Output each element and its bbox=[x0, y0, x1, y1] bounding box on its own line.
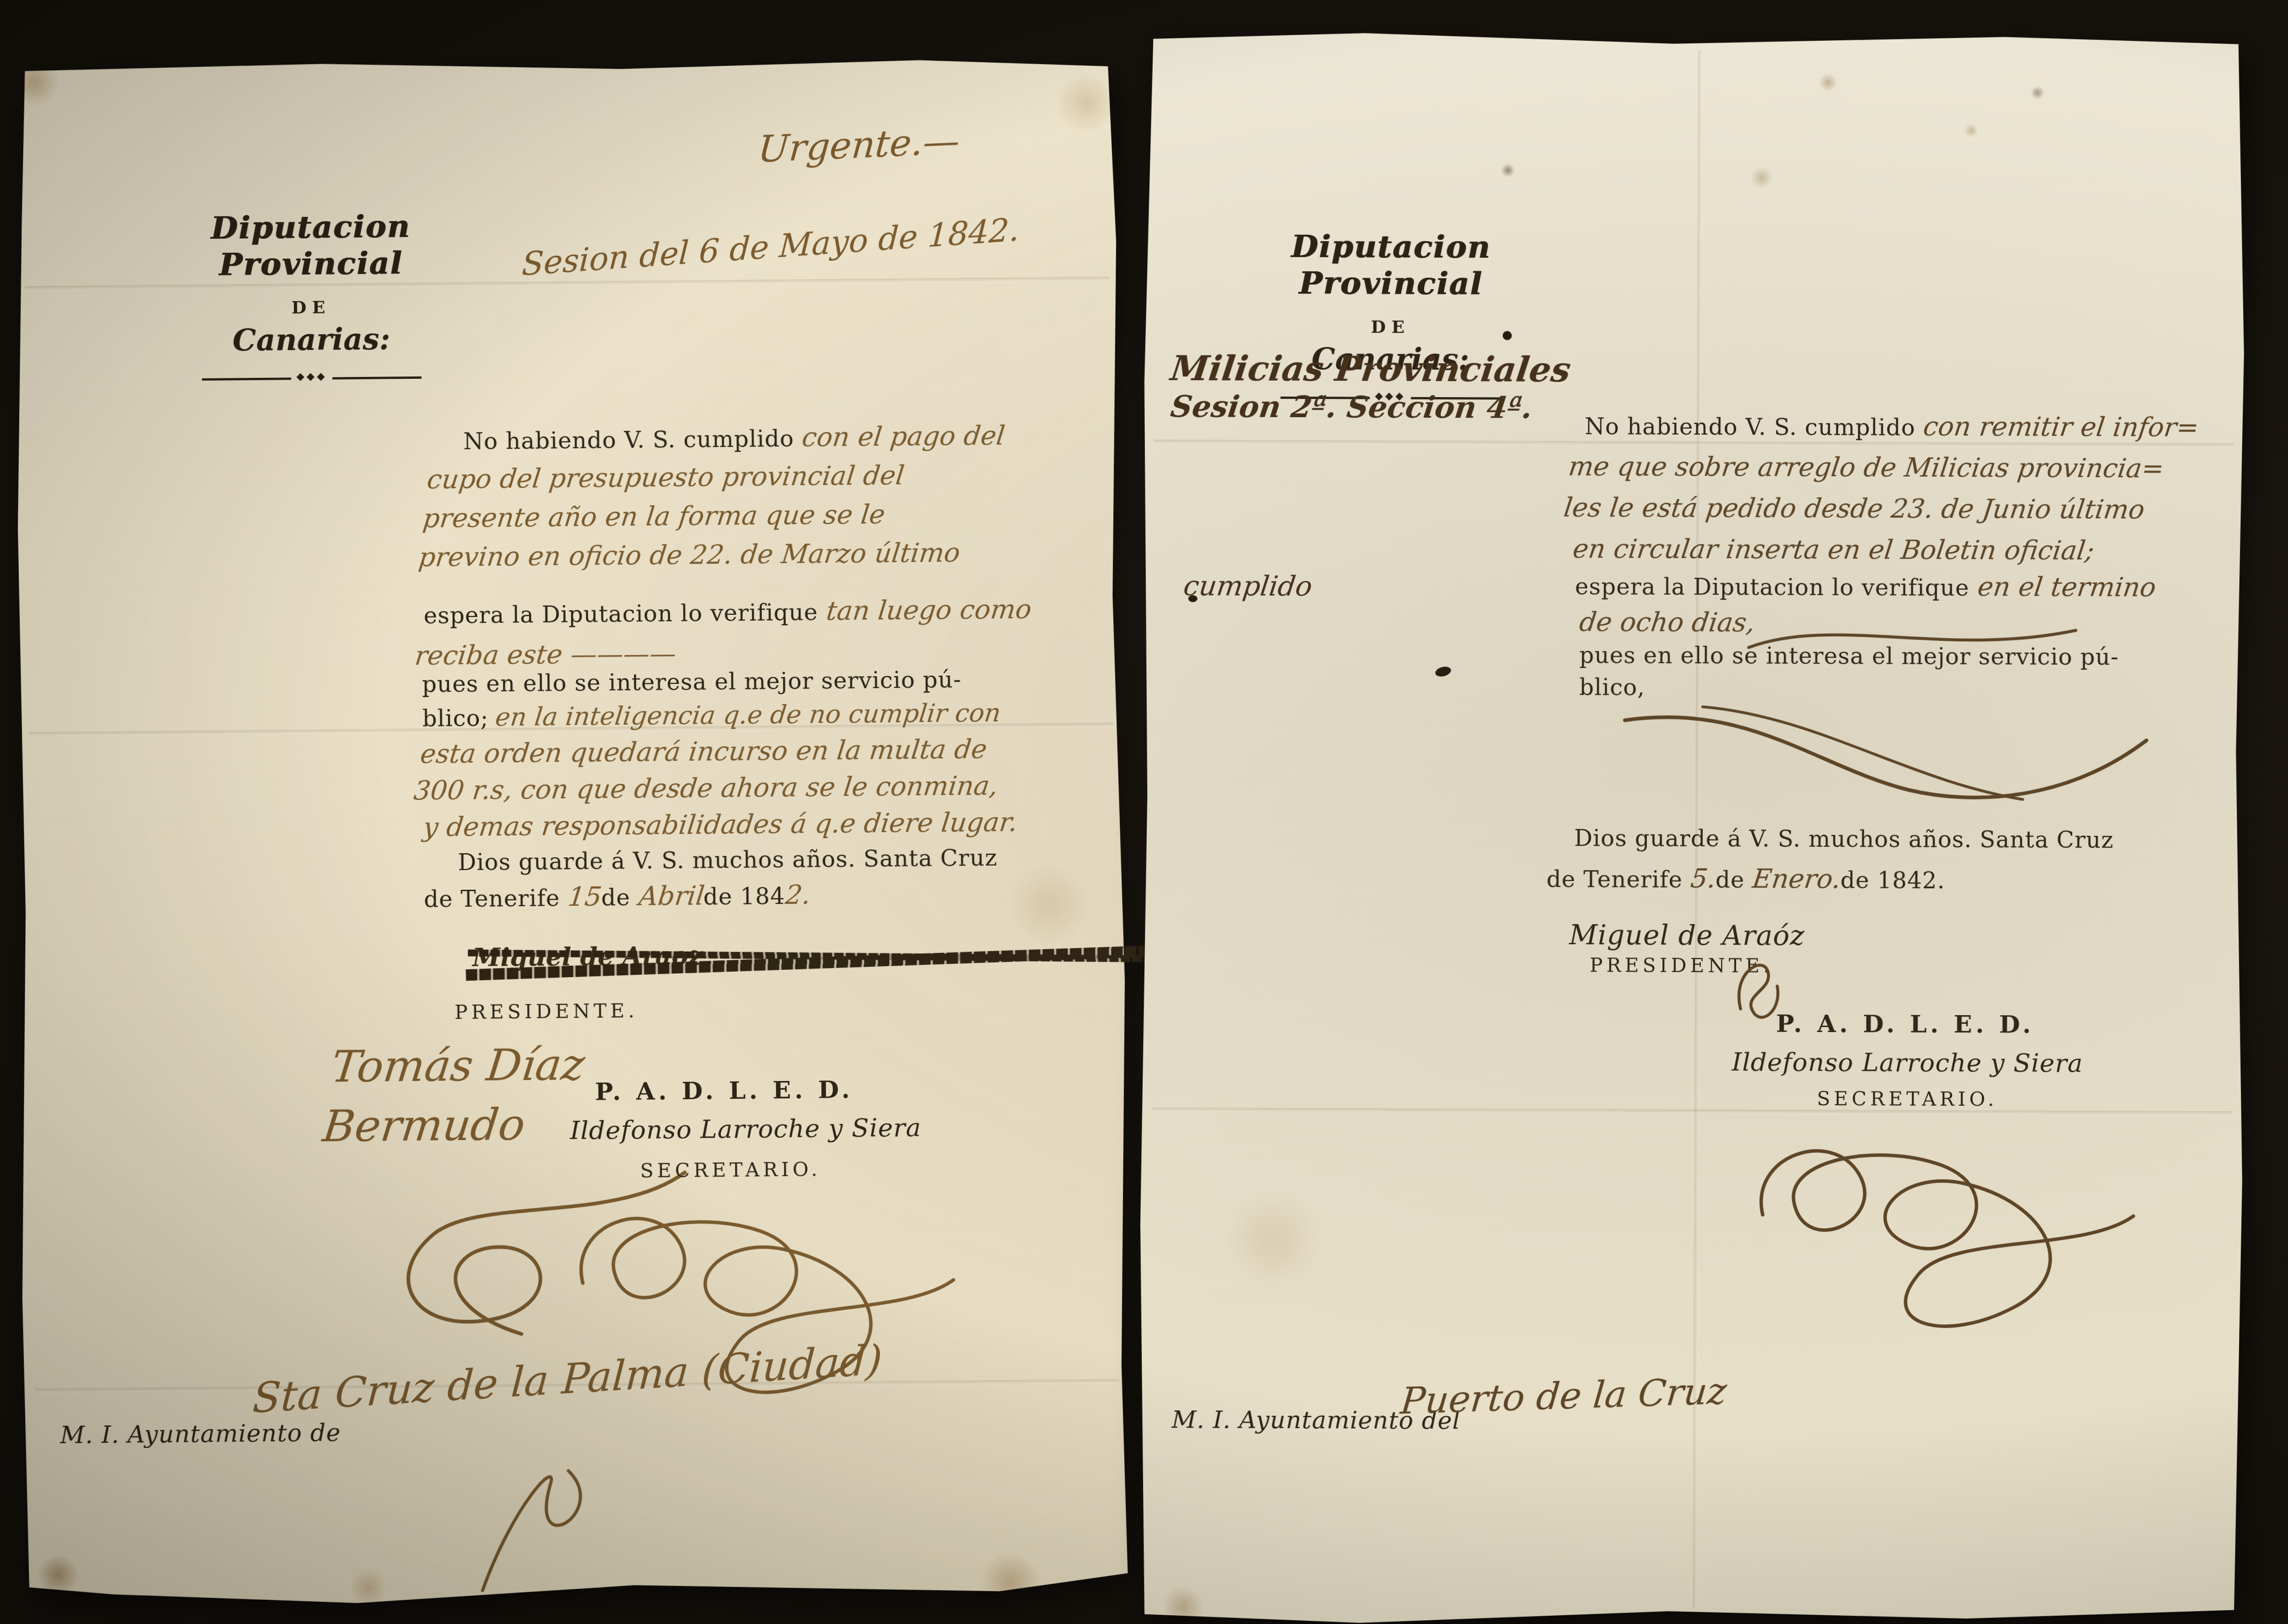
document-middle: Diputacion Provincial DE Canarias: ◆◆◆ M… bbox=[1139, 32, 2247, 1624]
letterhead-org: Diputacion Provincial bbox=[1194, 229, 1588, 304]
letterhead-de: DE bbox=[1194, 316, 1587, 338]
printed-text: de bbox=[1716, 869, 1753, 894]
printed-text: No habiendo V. S. cumplido bbox=[463, 428, 802, 456]
letterhead-region: Canarias: bbox=[114, 323, 508, 361]
ink-flourish bbox=[459, 1461, 620, 1600]
handwritten-text: con remitir el infor= bbox=[1921, 415, 2200, 442]
body-line: les le está pedido desde 23. de Junio úl… bbox=[1562, 496, 2146, 524]
handwritten-year-digit: 2. bbox=[784, 883, 812, 909]
address-handwritten: Puerto de la Cruz bbox=[1399, 1374, 1728, 1421]
printed-text: de bbox=[601, 887, 638, 913]
body-line: previno en oficio de 22. de Marzo último bbox=[417, 541, 961, 572]
document-left: Urgente.— Sesion del 6 de Mayo de 1842. … bbox=[11, 57, 1132, 1606]
letterhead-org: Diputacion Provincial bbox=[113, 209, 507, 285]
handwritten-day: 5. bbox=[1689, 867, 1717, 893]
body-line: reciba este ———— bbox=[413, 642, 677, 671]
diamond-ornament-icon: ◆◆◆ bbox=[297, 373, 327, 385]
ink-blot bbox=[1503, 331, 1512, 340]
margin-note: cumplido bbox=[1182, 572, 1314, 600]
handwritten-text: con el pago del bbox=[800, 424, 1006, 452]
body-line: blico; en la inteligencia q.e de no cump… bbox=[422, 701, 1002, 733]
body-line: No habiendo V. S. cumplido con el pago d… bbox=[463, 424, 1004, 456]
body-line: presente año en la forma que se le bbox=[421, 503, 886, 533]
printed-text: de Tenerife bbox=[424, 887, 568, 914]
printed-text: de 184 bbox=[703, 886, 785, 912]
printed-text: espera la Diputacion lo verifique bbox=[1575, 576, 1977, 602]
padled-initials: P. A. D. L. E. D. bbox=[593, 1080, 856, 1106]
ink-flourish bbox=[1611, 697, 2160, 818]
handwritten-signature: Bermudo bbox=[320, 1105, 527, 1151]
body-line: esta orden quedará incurso en la multa d… bbox=[419, 737, 988, 769]
body-line: y demas responsabilidades á q.e diere lu… bbox=[422, 810, 1019, 842]
handwritten-text: en el termino bbox=[1975, 575, 2157, 602]
secretary-label: Secretario. bbox=[570, 1162, 890, 1184]
letterhead-rule: ◆◆◆ bbox=[202, 372, 421, 385]
secretary-name: Ildefonso Larroche y Siera bbox=[570, 1116, 890, 1144]
body-line: pues en ello se interesa el mejor servic… bbox=[1579, 647, 2119, 672]
secretary-name: Ildefonso Larroche y Siera bbox=[1729, 1050, 2086, 1076]
handwritten-month: Abril bbox=[637, 884, 705, 911]
photograph-of-documents: Urgente.— Sesion del 6 de Mayo de 1842. … bbox=[0, 0, 2288, 1624]
body-line: espera la Diputacion lo verifique tan lu… bbox=[424, 597, 1031, 630]
printed-text: de 1842. bbox=[1840, 870, 1945, 895]
body-line: me que sobre arreglo de Milicias provinc… bbox=[1567, 455, 2165, 483]
handwritten-text: en la inteligencia q.e de no cumplir con bbox=[495, 701, 1003, 731]
subject-note: Milicias Provinciales bbox=[1169, 353, 1573, 388]
closing-line-date: de Tenerife 5. de Enero. de 1842. bbox=[1547, 866, 1945, 895]
president-label: Presidente. bbox=[454, 1004, 638, 1025]
secretary-label: Secretario. bbox=[1752, 1091, 2063, 1112]
body-line-date: de Tenerife 15 de Abril de 1842. bbox=[424, 883, 810, 914]
body-line: No habiendo V. S. cumplido con remitir e… bbox=[1585, 414, 2198, 443]
subject-note: Sesion 2ª. Seccion 4ª. bbox=[1169, 394, 1534, 425]
handwritten-month: Enero. bbox=[1751, 867, 1842, 893]
body-line: de ocho dias, bbox=[1578, 610, 1756, 637]
letterhead: Diputacion Provincial DE Canarias: ◆◆◆ bbox=[113, 209, 508, 386]
body-line: cupo del presupuesto provincial del bbox=[426, 464, 906, 495]
printed-text: espera la Diputacion lo verifique bbox=[424, 602, 826, 630]
printed-text: de Tenerife bbox=[1547, 869, 1690, 894]
ink-flourish bbox=[1739, 1119, 2175, 1371]
body-line: Dios guarde á V. S. muchos años. Santa C… bbox=[458, 850, 997, 877]
ink-blot bbox=[1188, 595, 1198, 602]
handwritten-signature: Tomás Díaz bbox=[329, 1045, 587, 1091]
handwritten-text: tan luego como bbox=[824, 597, 1032, 625]
body-line: espera la Diputacion lo verifique en el … bbox=[1575, 574, 2155, 603]
printed-text: blico; bbox=[422, 707, 496, 733]
handwritten-day: 15 bbox=[566, 885, 603, 911]
letterhead-de: DE bbox=[114, 296, 508, 320]
closing-line: Dios guarde á V. S. muchos años. Santa C… bbox=[1574, 830, 2114, 855]
body-line: 300 r.s, con que desde ahora se le conmi… bbox=[412, 774, 999, 806]
padled-initials: P. A. D. L. E. D. bbox=[1770, 1014, 2040, 1039]
address-printed: M. I. Ayuntamiento de bbox=[60, 1422, 341, 1449]
body-line: pues en ello se interesa el mejor servic… bbox=[422, 672, 961, 699]
body-line: en circular inserta en el Boletin oficia… bbox=[1571, 537, 2095, 565]
printed-text: No habiendo V. S. cumplido bbox=[1585, 416, 1923, 442]
canvas: Urgente.— Sesion del 6 de Mayo de 1842. … bbox=[0, 0, 2288, 1624]
